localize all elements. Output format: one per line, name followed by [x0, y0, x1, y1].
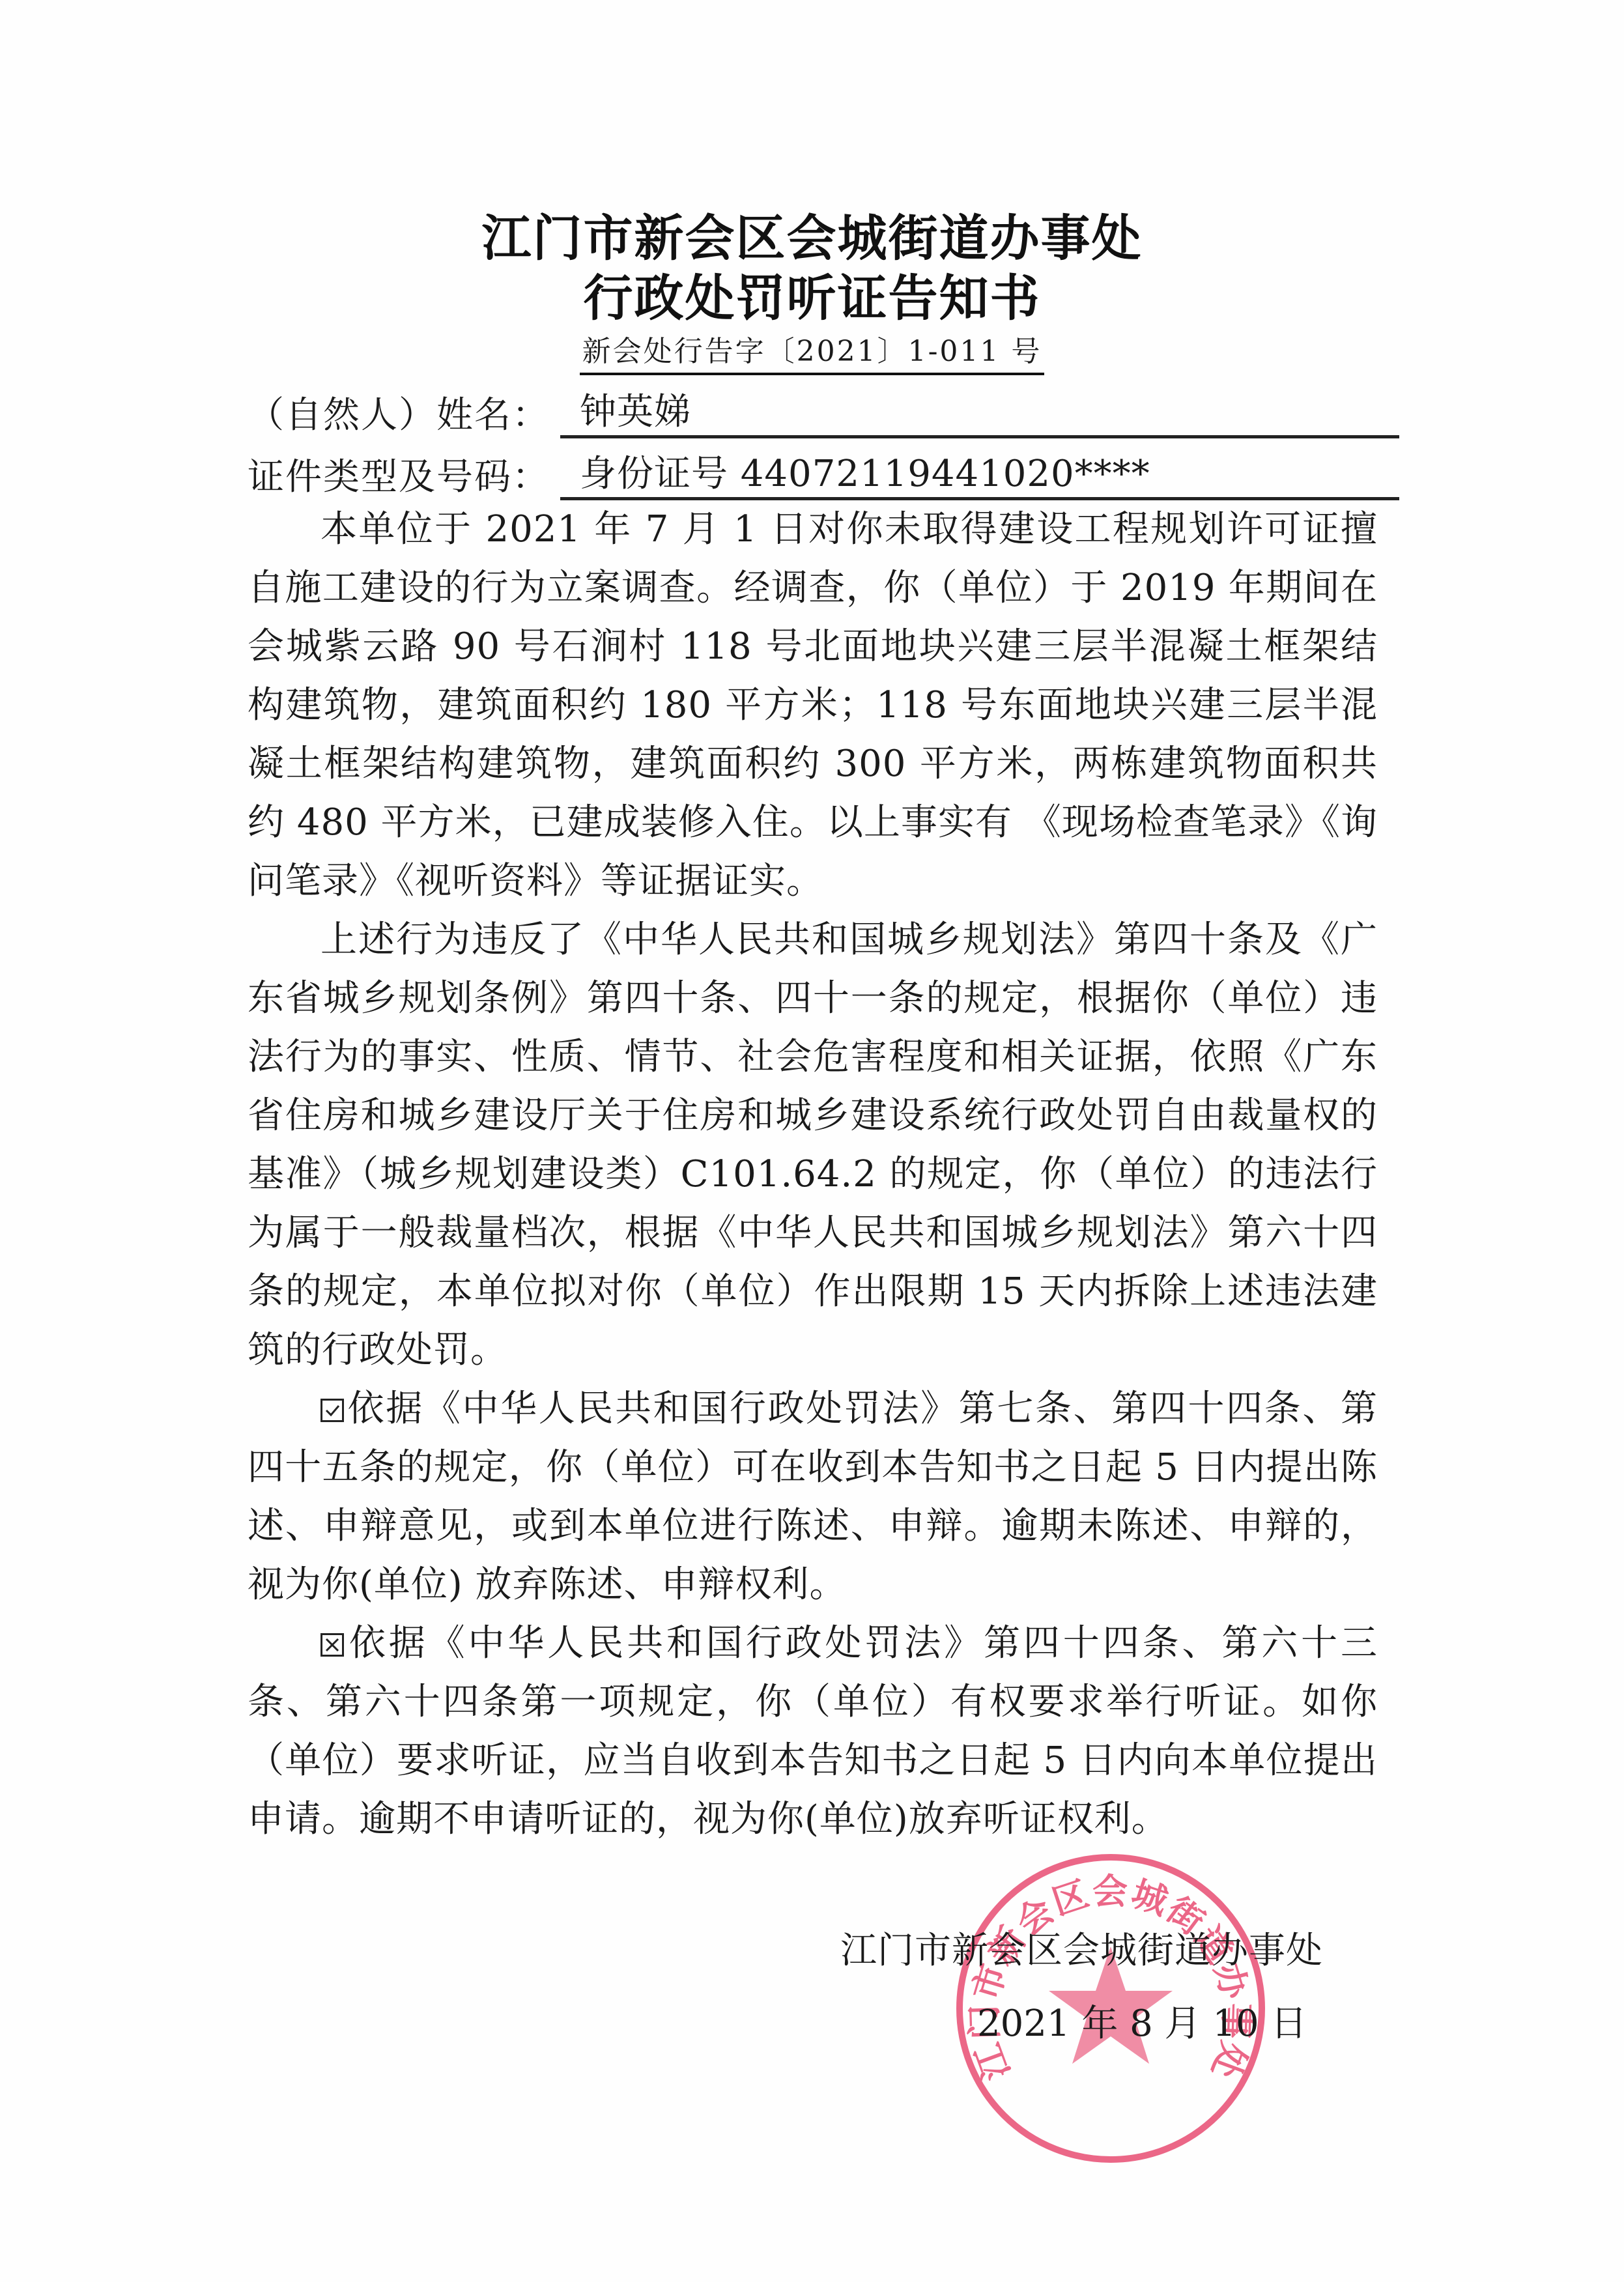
paragraph-statement-rights: 依据《中华人民共和国行政处罚法》第七条、第四十四条、第四十五条的规定，你（单位）… [248, 1380, 1378, 1614]
signature-organization: 江门市新会区会城街道办事处 [840, 1928, 1323, 1974]
name-value: 钟英娣 [560, 390, 1399, 438]
document-body: 本单位于 2021 年 7 月 1 日对你未取得建设工程规划许可证擅自施工建设的… [248, 500, 1378, 1849]
paragraph-hearing-rights: 依据《中华人民共和国行政处罚法》第四十四条、第六十三条、第六十四条第一项规定，你… [248, 1614, 1378, 1849]
id-field: 证件类型及号码： 身份证号 44072119441020**** [248, 451, 1399, 500]
id-value: 身份证号 44072119441020**** [560, 451, 1399, 500]
paragraph-statement-rights-text: 依据《中华人民共和国行政处罚法》第七条、第四十四条、第四十五条的规定，你（单位）… [248, 1388, 1378, 1606]
paragraph-violation: 上述行为违反了《中华人民共和国城乡规划法》第四十条及《广东省城乡规划条例》第四十… [248, 911, 1378, 1380]
document-number-text: 新会处行告字〔2021〕1-011 号 [580, 332, 1045, 375]
paragraph-investigation: 本单位于 2021 年 7 月 1 日对你未取得建设工程规划许可证擅自施工建设的… [248, 500, 1378, 911]
paragraph-hearing-rights-text: 依据《中华人民共和国行政处罚法》第四十四条、第六十三条、第六十四条第一项规定，你… [248, 1622, 1378, 1840]
name-field: （自然人）姓名： 钟英娣 [248, 390, 1399, 438]
checked-checkbox-icon [321, 1399, 344, 1422]
document-number: 新会处行告字〔2021〕1-011 号 [0, 332, 1624, 375]
name-label: （自然人）姓名： [248, 393, 550, 438]
document-title-org: 江门市新会区会城街道办事处 [0, 207, 1624, 270]
document-title: 行政处罚听证告知书 [0, 267, 1624, 330]
document-page: 江门市新会区会城街道办事处 行政处罚听证告知书 新会处行告字〔2021〕1-01… [0, 0, 1624, 2282]
signature-date: 2021 年 8 月 10 日 [977, 2001, 1307, 2047]
id-label: 证件类型及号码： [248, 455, 550, 500]
crossed-checkbox-icon [321, 1633, 344, 1657]
